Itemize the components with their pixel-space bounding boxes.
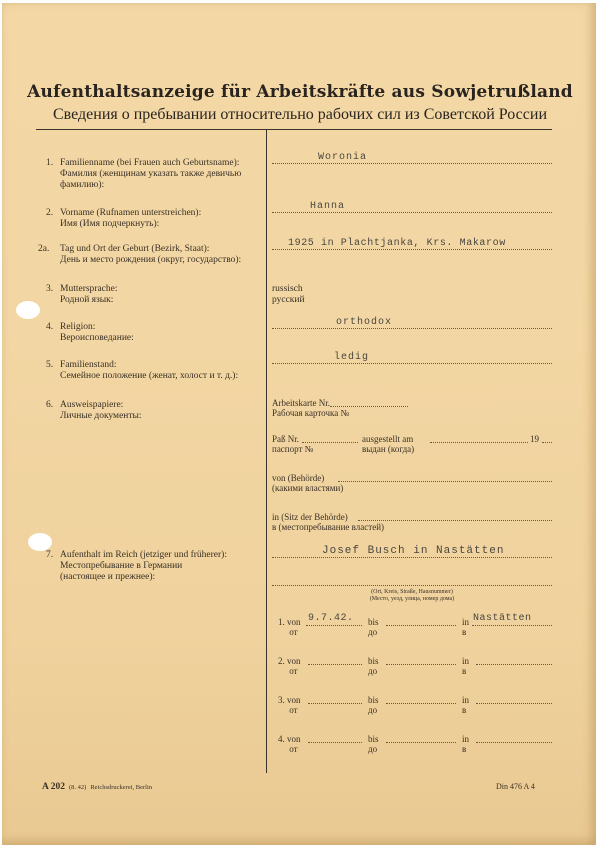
- field-4-label: 4.Religion: Вероисповедание:: [46, 322, 266, 344]
- religion-line: [272, 328, 552, 329]
- stay-1-to-line[interactable]: [386, 625, 456, 626]
- stay-1-bis: bisдо: [368, 617, 379, 637]
- form-number: A 202: [42, 782, 65, 792]
- surname-line: [272, 163, 552, 164]
- stay-1-place-line: [472, 625, 552, 626]
- address-caption: (Ort, Kreis, Straße, Hausnummer)(Место, …: [272, 589, 552, 603]
- issued-label: ausgestellt amвыдан (когда): [362, 434, 414, 454]
- stay-1-from-line: [306, 625, 362, 626]
- mother-tongue-value: russischрусский: [272, 284, 305, 306]
- stay-1-von: 1. von от: [278, 617, 301, 637]
- stay-4-bis: bisдо: [368, 734, 379, 754]
- printer: Reichsdruckerei, Berlin: [90, 784, 152, 791]
- year-prefix: 19: [530, 434, 539, 444]
- stay-4-to-line[interactable]: [386, 742, 456, 743]
- firstname-line: [272, 212, 552, 213]
- stay-2-in: inв: [462, 656, 469, 676]
- marital-status-value[interactable]: ledig: [334, 352, 369, 363]
- field-6-label: 6.Ausweispapiere: Личные документы:: [46, 400, 266, 422]
- residence-line-2[interactable]: [272, 585, 552, 586]
- stay-4-from-line[interactable]: [308, 742, 362, 743]
- field-5-label: 5.Familienstand: Семейное положение (жен…: [46, 360, 271, 382]
- title-german: Aufenthaltsanzeige für Arbeitskräfte aus…: [0, 82, 600, 102]
- field-3-label: 3.Muttersprache: Родной язык:: [46, 284, 266, 306]
- title-russian: Сведения о пребывании относительно рабоч…: [0, 106, 600, 124]
- stay-1-place-value[interactable]: Nastätten: [473, 613, 532, 624]
- stay-2-to-line[interactable]: [386, 664, 456, 665]
- stay-4-place-line[interactable]: [476, 742, 552, 743]
- stay-2-von: 2. von от: [278, 656, 301, 676]
- column-divider: [266, 130, 267, 773]
- stay-1-in: inв: [462, 617, 469, 637]
- religion-value[interactable]: orthodox: [336, 317, 392, 328]
- marital-status-line: [272, 363, 552, 364]
- stay-3-from-line[interactable]: [308, 703, 362, 704]
- issued-date-line[interactable]: [430, 442, 528, 443]
- authority-seat-line[interactable]: [358, 520, 552, 521]
- authority-line[interactable]: [338, 481, 552, 482]
- field-1-label: 1.Familienname (bei Frauen auch Geburtsn…: [46, 158, 266, 191]
- stay-3-place-line[interactable]: [476, 703, 552, 704]
- field-7-label: 7.Aufenthalt im Reich (jetziger und früh…: [46, 550, 266, 583]
- din-format: Din 476 A 4: [496, 782, 535, 791]
- residence-line: [272, 557, 552, 558]
- stay-2-place-line[interactable]: [476, 664, 552, 665]
- work-card-line[interactable]: [330, 406, 408, 407]
- stay-2-bis: bisдо: [368, 656, 379, 676]
- residence-value[interactable]: Josef Busch in Nastätten: [322, 545, 504, 557]
- edition: (8. 42): [69, 784, 86, 791]
- work-card-label: Arbeitskarte Nr.Рабочая карточка №: [272, 398, 349, 418]
- authority-seat-label: in (Sitz der Behörde)в (местопребывание …: [272, 512, 384, 532]
- punch-hole: [16, 301, 40, 319]
- form-footer: A 202 (8. 42) Reichsdruckerei, Berlin: [42, 782, 152, 792]
- stay-1-from-value[interactable]: 9.7.42.: [308, 613, 354, 624]
- stay-3-von: 3. von от: [278, 695, 301, 715]
- stay-2-from-line[interactable]: [308, 664, 362, 665]
- birth-line: [272, 249, 552, 250]
- surname-value[interactable]: Woronia: [318, 152, 367, 163]
- header-divider: [36, 129, 552, 130]
- stay-4-in: inв: [462, 734, 469, 754]
- field-2a-label: 2a.Tag und Ort der Geburt (Bezirk, Staat…: [38, 244, 266, 266]
- stay-3-in: inв: [462, 695, 469, 715]
- field-2-label: 2.Vorname (Rufnamen unterstreichen): Имя…: [46, 208, 266, 230]
- authority-label: von (Behörde)(какими властями): [272, 473, 343, 493]
- punch-hole: [28, 533, 52, 551]
- passport-line[interactable]: [302, 442, 358, 443]
- firstname-value[interactable]: Hanna: [310, 201, 345, 212]
- passport-label: Paß Nr.паспорт №: [272, 434, 313, 454]
- birth-value[interactable]: 1925 in Plachtjanka, Krs. Makarow: [288, 238, 506, 249]
- stay-3-to-line[interactable]: [386, 703, 456, 704]
- stay-4-von: 4. von от: [278, 734, 301, 754]
- stay-3-bis: bisдо: [368, 695, 379, 715]
- year-line[interactable]: [542, 442, 552, 443]
